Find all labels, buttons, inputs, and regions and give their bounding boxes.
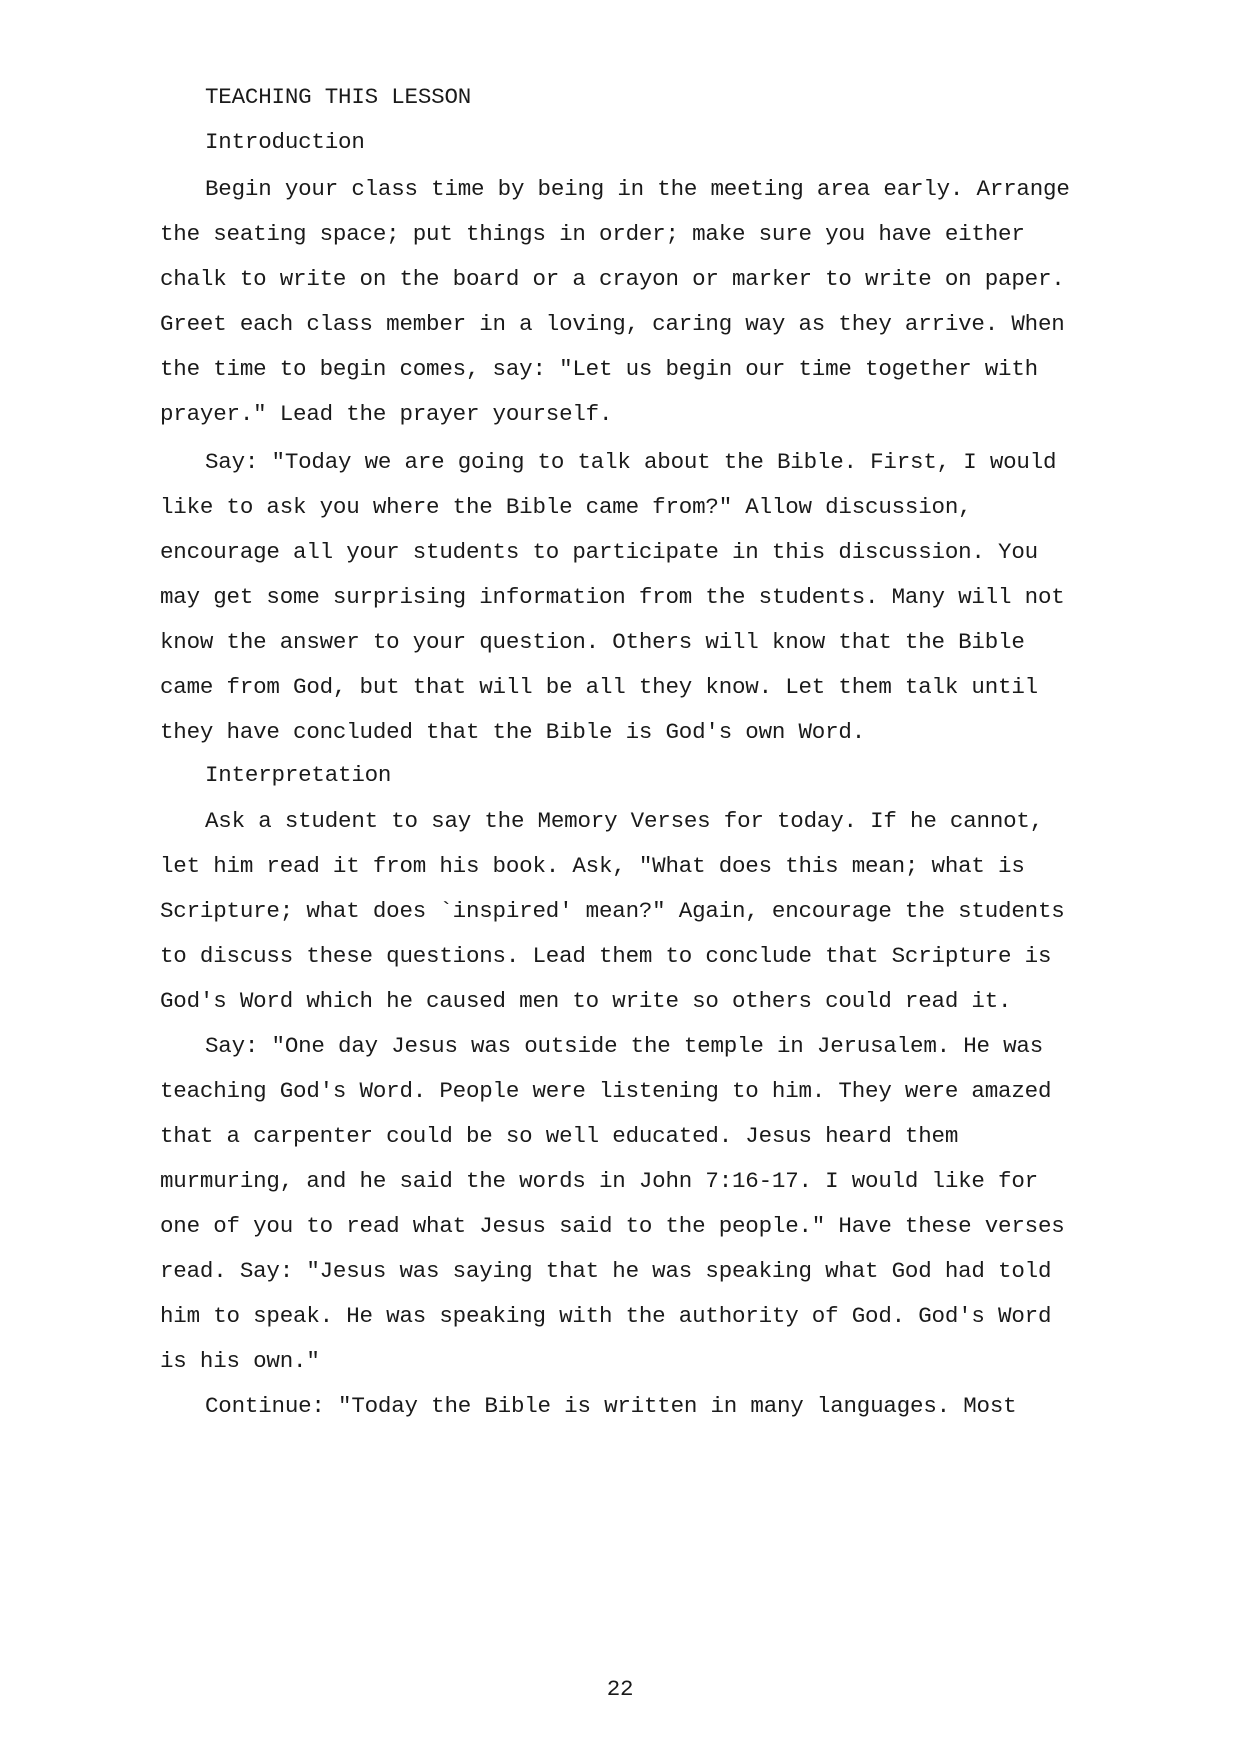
section-title-interpretation: Interpretation <box>205 762 391 788</box>
paragraph-line: Say: "Today we are going to talk about t… <box>205 449 1056 475</box>
paragraph-line: came from God, but that will be all they… <box>160 674 1038 700</box>
section-title-introduction: Introduction <box>205 129 365 155</box>
paragraph-line: prayer." Lead the prayer yourself. <box>160 401 612 427</box>
paragraph-line: read. Say: "Jesus was saying that he was… <box>160 1258 1051 1284</box>
paragraph-line: Begin your class time by being in the me… <box>205 176 1070 202</box>
paragraph-line: encourage all your students to participa… <box>160 539 1038 565</box>
document-page: TEACHING THIS LESSON Introduction Begin … <box>0 0 1240 1753</box>
paragraph-line: they have concluded that the Bible is Go… <box>160 719 865 745</box>
paragraph-line: like to ask you where the Bible came fro… <box>160 494 971 520</box>
paragraph-line: to discuss these questions. Lead them to… <box>160 943 1051 969</box>
paragraph-line: Say: "One day Jesus was outside the temp… <box>205 1033 1043 1059</box>
paragraph-line: may get some surprising information from… <box>160 584 1065 610</box>
paragraph-line: Greet each class member in a loving, car… <box>160 311 1065 337</box>
paragraph-line: chalk to write on the board or a crayon … <box>160 266 1065 292</box>
paragraph-line: is his own." <box>160 1348 320 1374</box>
paragraph-line: one of you to read what Jesus said to th… <box>160 1213 1065 1239</box>
paragraph-line: know the answer to your question. Others… <box>160 629 1025 655</box>
paragraph-line: Scripture; what does `inspired' mean?" A… <box>160 898 1065 924</box>
paragraph-line: that a carpenter could be so well educat… <box>160 1123 958 1149</box>
paragraph-line: murmuring, and he said the words in John… <box>160 1168 1038 1194</box>
paragraph-line: the time to begin comes, say: "Let us be… <box>160 356 1038 382</box>
paragraph-line: the seating space; put things in order; … <box>160 221 1025 247</box>
paragraph-line: teaching God's Word. People were listeni… <box>160 1078 1051 1104</box>
paragraph-line: him to speak. He was speaking with the a… <box>160 1303 1051 1329</box>
page-heading: TEACHING THIS LESSON <box>205 84 471 110</box>
paragraph-line: God's Word which he caused men to write … <box>160 988 1011 1014</box>
page-number: 22 <box>0 1676 1240 1702</box>
paragraph-line: Continue: "Today the Bible is written in… <box>205 1393 1016 1419</box>
paragraph-line: Ask a student to say the Memory Verses f… <box>205 808 1043 834</box>
paragraph-line: let him read it from his book. Ask, "Wha… <box>160 853 1025 879</box>
